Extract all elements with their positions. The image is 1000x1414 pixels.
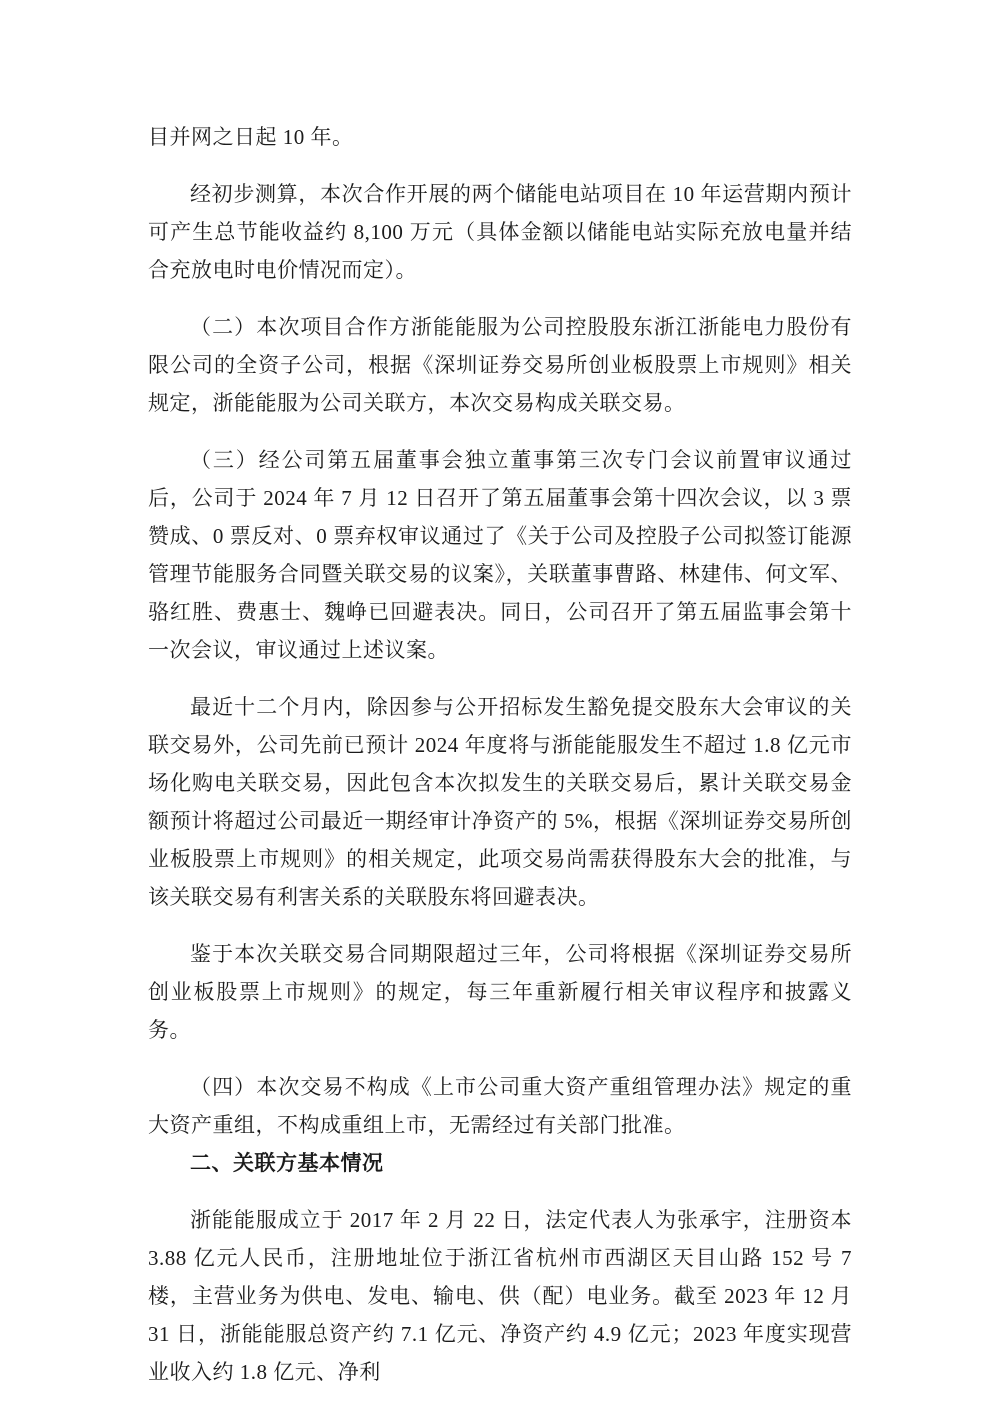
document-body: 目并网之日起 10 年。 经初步测算，本次合作开展的两个储能电站项目在 10 年… <box>148 118 852 1391</box>
paragraph-estimated-energy-saving-income: 经初步测算，本次合作开展的两个储能电站项目在 10 年运营期内预计可产生总节能收… <box>148 175 852 289</box>
paragraph-cumulative-related-transactions: 最近十二个月内，除因参与公开招标发生豁免提交股东大会审议的关联交易外，公司先前已… <box>148 688 852 916</box>
paragraph-related-party-relationship: （二）本次项目合作方浙能能服为公司控股股东浙江浙能电力股份有限公司的全资子公司，… <box>148 308 852 422</box>
paragraph-board-meeting-approval: （三）经公司第五届董事会独立董事第三次专门会议前置审议通过后，公司于 2024 … <box>148 441 852 669</box>
paragraph-not-major-asset-restructuring: （四）本次交易不构成《上市公司重大资产重组管理办法》规定的重大资产重组，不构成重… <box>148 1068 852 1144</box>
paragraph-three-year-review-obligation: 鉴于本次关联交易合同期限超过三年，公司将根据《深圳证券交易所创业板股票上市规则》… <box>148 935 852 1049</box>
paragraph-grid-connection-term: 目并网之日起 10 年。 <box>148 118 852 156</box>
document-page: 目并网之日起 10 年。 经初步测算，本次合作开展的两个储能电站项目在 10 年… <box>0 0 1000 1414</box>
section-heading-related-party-basic-info: 二、关联方基本情况 <box>148 1144 852 1182</box>
paragraph-related-party-company-profile: 浙能能服成立于 2017 年 2 月 22 日，法定代表人为张承宇，注册资本 3… <box>148 1201 852 1391</box>
